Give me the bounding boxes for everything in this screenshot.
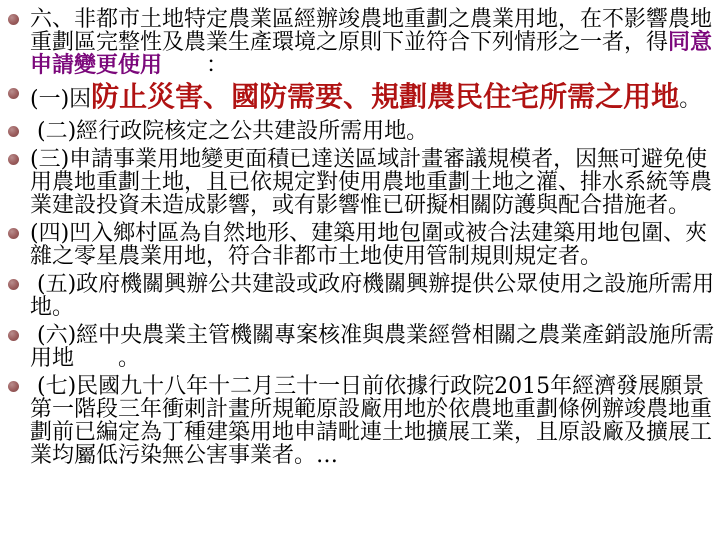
list-item-5: (五)政府機關興辦公共建設或政府機關興辦提供公眾使用之設施所需用地。 — [8, 273, 716, 319]
bullet-icon — [8, 88, 19, 99]
list-item-4: (四)凹入鄉村區為自然地形、建築用地包圍或被合法建築用地包圍、夾雜之零星農業用地… — [8, 222, 716, 268]
item-1-prefix: (一)因 — [30, 87, 91, 112]
list-item-6: (六)經中央農業主管機關專案核准與農業經營相關之農業產銷設施所需用地 。 — [8, 324, 716, 370]
bullet-icon — [8, 228, 19, 239]
bullet-icon — [8, 381, 19, 392]
list-item-1: (一)因防止災害、國防需要、規劃農民住宅所需之用地。 — [8, 82, 716, 115]
intro-text: 六、非都市土地特定農業區經辦竣農地重劃之農業用地，在不影響農地重劃區完整性及農業… — [30, 7, 712, 55]
item-1-highlight-red: 防止災害、國防需要、規劃農民住宅所需之用地 — [91, 80, 679, 113]
item-1-period: 。 — [679, 87, 701, 112]
bullet-icon — [8, 14, 19, 25]
bullet-icon — [8, 330, 19, 341]
list-item-2: (二)經行政院核定之公共建設所需用地。 — [8, 120, 716, 143]
bullet-icon — [8, 154, 19, 165]
item-7-text: (七)民國九十八年十二月三十一日前依據行政院2015年經濟發展願景第一階段三年衝… — [30, 374, 712, 468]
item-2-text: (二)經行政院核定之公共建設所需用地。 — [30, 119, 428, 144]
bullet-icon — [8, 126, 19, 137]
list-item-7: (七)民國九十八年十二月三十一日前依據行政院2015年經濟發展願景第一階段三年衝… — [8, 375, 716, 467]
item-3-text: (三)申請事業用地變更面積已達送區域計畫審議規模者，因無可避免使用農地重劃土地，… — [30, 147, 712, 218]
intro-colon: ： — [162, 53, 228, 78]
slide: 六、非都市土地特定農業區經辦竣農地重劃之農業用地，在不影響農地重劃區完整性及農業… — [0, 0, 720, 540]
list-item-intro: 六、非都市土地特定農業區經辦竣農地重劃之農業用地，在不影響農地重劃區完整性及農業… — [8, 8, 716, 77]
item-4-text: (四)凹入鄉村區為自然地形、建築用地包圍或被合法建築用地包圍、夾雜之零星農業用地… — [30, 221, 707, 269]
bullet-icon — [8, 279, 19, 290]
bullet-list: 六、非都市土地特定農業區經辦竣農地重劃之農業用地，在不影響農地重劃區完整性及農業… — [8, 8, 716, 467]
item-6-text: (六)經中央農業主管機關專案核准與農業經營相關之農業產銷設施所需用地 。 — [30, 323, 714, 371]
item-5-text: (五)政府機關興辦公共建設或政府機關興辦提供公眾使用之設施所需用地。 — [30, 272, 714, 320]
list-item-3: (三)申請事業用地變更面積已達送區域計畫審議規模者，因無可避免使用農地重劃土地，… — [8, 148, 716, 217]
